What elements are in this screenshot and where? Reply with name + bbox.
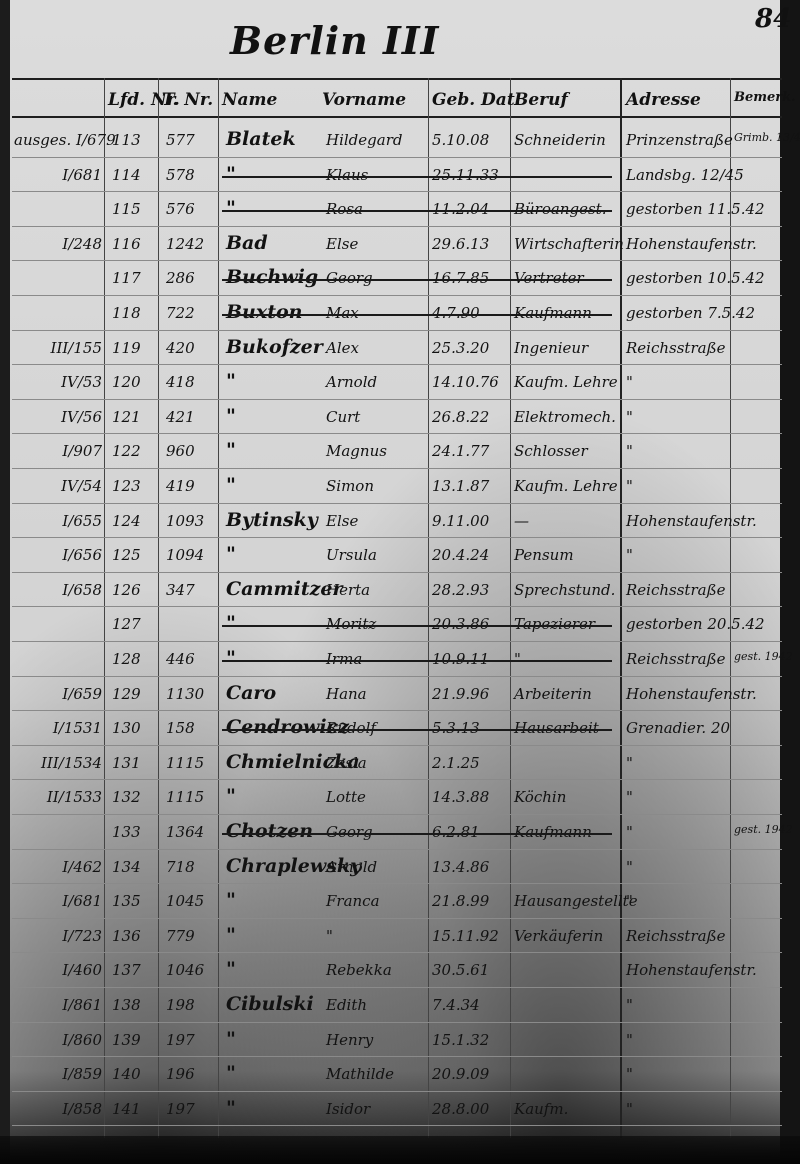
cell-geb-dat: 20.4.24 [432, 546, 489, 564]
cell-t-nr: 577 [166, 131, 195, 149]
cell-geb-dat: 13.4.86 [432, 858, 489, 876]
cell-vorname: Rudolf [326, 719, 376, 737]
cell-name: Buxton [226, 301, 302, 323]
row-rule [12, 572, 782, 573]
cell-adresse: gestorben 10.5.42 [626, 269, 765, 287]
cell-lfd-nr: 127 [112, 615, 141, 633]
cell-t-nr: 1115 [166, 788, 204, 806]
cell-geb-dat: 5.10.08 [432, 131, 489, 149]
cell-vorname: Curt [326, 408, 360, 426]
cell-beruf: Kaufm. Lehre [514, 373, 618, 391]
cell-adresse: gestorben 20.5.42 [626, 615, 765, 633]
cell-geb-dat: 25.3.20 [432, 339, 489, 357]
cell-lfd-nr: 117 [112, 269, 141, 287]
row-rule [12, 952, 782, 953]
cell-vorname: Klaus [326, 166, 368, 184]
row-rule [12, 606, 782, 607]
cell-name: Buchwig [226, 266, 318, 288]
row-rule [12, 779, 782, 780]
column-divider [104, 78, 105, 1138]
scan-bottom-border [0, 1136, 800, 1164]
cell-t-nr: 418 [166, 373, 195, 391]
cell-lfd-nr: 139 [112, 1031, 141, 1049]
row-rule [12, 1091, 782, 1092]
cell-adresse: " [626, 408, 633, 426]
cell-vorname: Magnus [326, 442, 387, 460]
cell-adresse: " [626, 373, 633, 391]
cell-vorname: Hildegard [326, 131, 402, 149]
cell-adresse: " [626, 823, 633, 841]
cell-t-nr: 419 [166, 477, 195, 495]
cell-name: " [226, 163, 236, 185]
cell-lfd-nr: 126 [112, 581, 141, 599]
cell-adresse: Hohenstaufenstr. [626, 235, 757, 253]
cell-lfd-nr: 114 [112, 166, 141, 184]
cell-beruf: Kaufmann [514, 823, 592, 841]
cell-vorname: Alex [326, 339, 359, 357]
cell-beruf: " [514, 650, 521, 668]
row-rule [12, 537, 782, 538]
cell-adresse: Landsbg. 12/45 [626, 166, 744, 184]
cell-lfd-nr: 133 [112, 823, 141, 841]
cell-t-nr: 1115 [166, 754, 204, 772]
cell-lfd-nr: 132 [112, 788, 141, 806]
cell-lfd-nr: 131 [112, 754, 141, 772]
cell-lfd-nr: 124 [112, 512, 141, 530]
cell-note: I/656 [14, 546, 102, 564]
column-divider [158, 78, 159, 1138]
cell-adresse: Prinzenstraße [626, 131, 733, 149]
cell-name: " [226, 1097, 236, 1119]
cell-name: " [226, 197, 236, 219]
cell-vorname: Mathilde [326, 1065, 394, 1083]
cell-vorname: Irma [326, 650, 362, 668]
cell-note: I/1531 [14, 719, 102, 737]
cell-note: I/723 [14, 927, 102, 945]
cell-beruf: Schneiderin [514, 131, 606, 149]
cell-geb-dat: 26.8.22 [432, 408, 489, 426]
cell-vorname: Franca [326, 892, 380, 910]
cell-vorname: Rebekka [326, 961, 392, 979]
cell-lfd-nr: 116 [112, 235, 141, 253]
cell-name: " [226, 889, 236, 911]
cell-adresse: Hohenstaufenstr. [626, 961, 757, 979]
cell-lfd-nr: 137 [112, 961, 141, 979]
strikethrough-line [222, 729, 612, 731]
cell-lfd-nr: 140 [112, 1065, 141, 1083]
cell-geb-dat: 2.1.25 [432, 754, 480, 772]
cell-lfd-nr: 122 [112, 442, 141, 460]
cell-geb-dat: 15.1.32 [432, 1031, 489, 1049]
cell-lfd-nr: 113 [112, 131, 141, 149]
cell-beruf: Ingenieur [514, 339, 588, 357]
row-rule [12, 676, 782, 677]
cell-note: IV/56 [14, 408, 102, 426]
cell-adresse: Reichsstraße [626, 581, 725, 599]
column-divider [428, 78, 429, 1138]
cell-vorname: Georg [326, 269, 373, 287]
cell-geb-dat: 21.9.96 [432, 685, 489, 703]
cell-note: I/460 [14, 961, 102, 979]
strikethrough-line [222, 279, 612, 281]
scan-right-border [780, 0, 800, 1164]
cell-t-nr: 198 [166, 996, 195, 1014]
row-rule [12, 710, 782, 711]
cell-lfd-nr: 136 [112, 927, 141, 945]
cell-geb-dat: 14.3.88 [432, 788, 489, 806]
cell-name: " [226, 439, 236, 461]
cell-vorname: Herta [326, 581, 370, 599]
cell-geb-dat: 24.1.77 [432, 442, 489, 460]
cell-vorname: Simon [326, 477, 374, 495]
row-rule [12, 641, 782, 642]
row-rule [12, 918, 782, 919]
row-rule [12, 295, 782, 296]
cell-t-nr: 196 [166, 1065, 195, 1083]
cell-geb-dat: 15.11.92 [432, 927, 499, 945]
header-vorname: Vorname [322, 90, 406, 110]
cell-vorname: Zesla [326, 754, 367, 772]
cell-note: I/860 [14, 1031, 102, 1049]
cell-note: IV/53 [14, 373, 102, 391]
cell-vorname: Henry [326, 1031, 373, 1049]
cell-t-nr: 1130 [166, 685, 204, 703]
cell-adresse: " [626, 788, 633, 806]
cell-name: " [226, 1062, 236, 1084]
row-rule [12, 191, 782, 192]
cell-vorname: Isidor [326, 1100, 370, 1118]
cell-name: " [226, 1028, 236, 1050]
cell-name: Bukofzer [226, 336, 323, 358]
cell-t-nr: 722 [166, 304, 195, 322]
cell-geb-dat: 6.2.81 [432, 823, 480, 841]
cell-note: I/907 [14, 442, 102, 460]
cell-name: Bad [226, 232, 268, 254]
cell-vorname: Arnold [326, 373, 377, 391]
cell-vorname: " [326, 927, 333, 945]
cell-adresse: Reichsstraße [626, 927, 725, 945]
cell-note: I/659 [14, 685, 102, 703]
strikethrough-line [222, 176, 612, 178]
cell-t-nr: 718 [166, 858, 195, 876]
cell-name: " [226, 647, 236, 669]
cell-note: I/462 [14, 858, 102, 876]
cell-bemerkung: gest. 1942 [734, 823, 793, 836]
cell-name: " [226, 370, 236, 392]
row-rule [12, 260, 782, 261]
cell-t-nr: 421 [166, 408, 195, 426]
cell-vorname: Else [326, 512, 358, 530]
cell-bemerkung: gest. 1942 [734, 650, 793, 663]
strikethrough-line [222, 314, 612, 316]
cell-beruf: Pensum [514, 546, 574, 564]
page-title: Berlin III [230, 18, 439, 63]
cell-vorname: Else [326, 235, 358, 253]
cell-note: IV/54 [14, 477, 102, 495]
cell-bemerkung: Grimb. 13/44 [734, 131, 800, 144]
cell-geb-dat: 10.9.11 [432, 650, 489, 668]
cell-vorname: Ursula [326, 546, 377, 564]
cell-adresse: " [626, 1100, 633, 1118]
row-rule [12, 814, 782, 815]
cell-t-nr: 578 [166, 166, 195, 184]
cell-note: ausges. I/679 [14, 131, 102, 149]
cell-lfd-nr: 134 [112, 858, 141, 876]
cell-t-nr: 197 [166, 1100, 195, 1118]
cell-beruf: Kaufmann [514, 304, 592, 322]
cell-name: " [226, 958, 236, 980]
cell-geb-dat: 14.10.76 [432, 373, 499, 391]
cell-adresse: gestorben 11.5.42 [626, 200, 765, 218]
cell-geb-dat: 20.3.86 [432, 615, 489, 633]
cell-adresse: " [626, 442, 633, 460]
strikethrough-line [222, 625, 612, 627]
cell-beruf: Wirtschafterin [514, 235, 624, 253]
column-divider [510, 78, 511, 1138]
ledger-page: Berlin III 84 Lfd. Nr. T. Nr. Name Vorna… [0, 0, 800, 1164]
row-rule [12, 1022, 782, 1023]
cell-geb-dat: 16.7.85 [432, 269, 489, 287]
cell-adresse: " [626, 1065, 633, 1083]
row-rule [12, 503, 782, 504]
cell-beruf: Arbeiterin [514, 685, 592, 703]
header-adresse: Adresse [626, 90, 701, 110]
cell-vorname: Rosa [326, 200, 363, 218]
scan-left-border [0, 0, 10, 1164]
cell-geb-dat: 25.11.33 [432, 166, 499, 184]
cell-beruf: — [514, 512, 529, 530]
row-rule [12, 364, 782, 365]
row-rule [12, 987, 782, 988]
cell-beruf: Kaufm. Lehre [514, 477, 618, 495]
cell-geb-dat: 30.5.61 [432, 961, 489, 979]
row-rule [12, 1125, 782, 1126]
row-rule [12, 226, 782, 227]
cell-geb-dat: 4.7.90 [432, 304, 480, 322]
cell-geb-dat: 28.2.93 [432, 581, 489, 599]
cell-geb-dat: 9.11.00 [432, 512, 489, 530]
cell-adresse: " [626, 546, 633, 564]
cell-t-nr: 960 [166, 442, 195, 460]
cell-note: I/858 [14, 1100, 102, 1118]
header-top-rule [12, 78, 782, 80]
cell-t-nr: 347 [166, 581, 195, 599]
header-beruf: Beruf [514, 90, 568, 110]
row-rule [12, 849, 782, 850]
strikethrough-line [222, 833, 612, 835]
cell-lfd-nr: 130 [112, 719, 141, 737]
cell-beruf: Verkäuferin [514, 927, 603, 945]
header-t-nr: T. Nr. [162, 90, 213, 110]
cell-t-nr: 576 [166, 200, 195, 218]
cell-lfd-nr: 128 [112, 650, 141, 668]
cell-adresse: " [626, 1031, 633, 1049]
cell-t-nr: 1094 [166, 546, 204, 564]
cell-lfd-nr: 125 [112, 546, 141, 564]
row-rule [12, 1056, 782, 1057]
cell-name: Chotzen [226, 820, 313, 842]
cell-adresse: " [626, 892, 633, 910]
cell-lfd-nr: 118 [112, 304, 141, 322]
cell-t-nr: 1046 [166, 961, 204, 979]
cell-beruf: Kaufm. [514, 1100, 568, 1118]
cell-vorname: Arnold [326, 858, 377, 876]
cell-geb-dat: 21.8.99 [432, 892, 489, 910]
cell-geb-dat: 7.4.34 [432, 996, 480, 1014]
cell-lfd-nr: 120 [112, 373, 141, 391]
page-number: 84 [755, 4, 791, 34]
cell-lfd-nr: 129 [112, 685, 141, 703]
cell-t-nr: 446 [166, 650, 195, 668]
header-bemerkung: Bemerk. [734, 90, 796, 105]
cell-lfd-nr: 119 [112, 339, 141, 357]
cell-t-nr: 286 [166, 269, 195, 287]
cell-adresse: " [626, 477, 633, 495]
cell-geb-dat: 20.9.09 [432, 1065, 489, 1083]
cell-note: II/1533 [14, 788, 102, 806]
cell-geb-dat: 28.8.00 [432, 1100, 489, 1118]
cell-t-nr: 1093 [166, 512, 204, 530]
cell-t-nr: 779 [166, 927, 195, 945]
cell-vorname: Edith [326, 996, 367, 1014]
cell-geb-dat: 29.6.13 [432, 235, 489, 253]
cell-beruf: Köchin [514, 788, 566, 806]
cell-vorname: Georg [326, 823, 373, 841]
row-rule [12, 468, 782, 469]
cell-t-nr: 420 [166, 339, 195, 357]
cell-name: " [226, 405, 236, 427]
cell-note: I/248 [14, 235, 102, 253]
cell-adresse: Grenadier. 20 [626, 719, 730, 737]
cell-name: Bytinsky [226, 509, 318, 531]
cell-name: " [226, 785, 236, 807]
cell-beruf: Elektromech. [514, 408, 616, 426]
cell-lfd-nr: 135 [112, 892, 141, 910]
cell-note: I/681 [14, 892, 102, 910]
cell-note: I/681 [14, 166, 102, 184]
cell-geb-dat: 11.2.04 [432, 200, 489, 218]
cell-name: " [226, 543, 236, 565]
cell-lfd-nr: 138 [112, 996, 141, 1014]
cell-beruf: Vertreter [514, 269, 584, 287]
cell-adresse: gestorben 7.5.42 [626, 304, 755, 322]
cell-lfd-nr: 123 [112, 477, 141, 495]
cell-note: I/859 [14, 1065, 102, 1083]
cell-beruf: Hausarbeit [514, 719, 599, 737]
row-rule [12, 330, 782, 331]
cell-t-nr: 197 [166, 1031, 195, 1049]
cell-adresse: " [626, 754, 633, 772]
header-name: Name [222, 90, 277, 110]
row-rule [12, 399, 782, 400]
cell-vorname: Moritz [326, 615, 376, 633]
header-bottom-rule [12, 116, 782, 118]
cell-t-nr: 158 [166, 719, 195, 737]
cell-adresse: " [626, 858, 633, 876]
row-rule [12, 157, 782, 158]
cell-name: Cibulski [226, 993, 314, 1015]
cell-beruf: Büroangest. [514, 200, 606, 218]
header-geb-dat: Geb. Dat. [432, 90, 521, 110]
cell-note: III/155 [14, 339, 102, 357]
cell-geb-dat: 13.1.87 [432, 477, 489, 495]
cell-name: " [226, 612, 236, 634]
cell-beruf: Tapezierer [514, 615, 595, 633]
cell-note: I/658 [14, 581, 102, 599]
cell-lfd-nr: 141 [112, 1100, 141, 1118]
cell-lfd-nr: 115 [112, 200, 141, 218]
cell-vorname: Lotte [326, 788, 366, 806]
row-rule [12, 433, 782, 434]
cell-note: I/861 [14, 996, 102, 1014]
cell-beruf: Schlosser [514, 442, 588, 460]
cell-t-nr: 1364 [166, 823, 204, 841]
row-rule [12, 883, 782, 884]
cell-note: III/1534 [14, 754, 102, 772]
cell-name: Caro [226, 682, 276, 704]
cell-adresse: Hohenstaufenstr. [626, 685, 757, 703]
cell-vorname: Max [326, 304, 359, 322]
row-rule [12, 745, 782, 746]
column-divider [218, 78, 219, 1138]
cell-adresse: Hohenstaufenstr. [626, 512, 757, 530]
cell-beruf: Hausangestellte [514, 892, 638, 910]
cell-geb-dat: 5.3.13 [432, 719, 480, 737]
strikethrough-line [222, 210, 612, 212]
cell-vorname: Hana [326, 685, 367, 703]
cell-name: " [226, 924, 236, 946]
cell-t-nr: 1045 [166, 892, 204, 910]
cell-adresse: " [626, 996, 633, 1014]
cell-name: " [226, 474, 236, 496]
cell-adresse: Reichsstraße [626, 339, 725, 357]
cell-beruf: Sprechstund. [514, 581, 615, 599]
cell-name: Blatek [226, 128, 296, 150]
cell-t-nr: 1242 [166, 235, 204, 253]
strikethrough-line [222, 660, 612, 662]
cell-note: I/655 [14, 512, 102, 530]
cell-lfd-nr: 121 [112, 408, 141, 426]
cell-adresse: Reichsstraße [626, 650, 725, 668]
